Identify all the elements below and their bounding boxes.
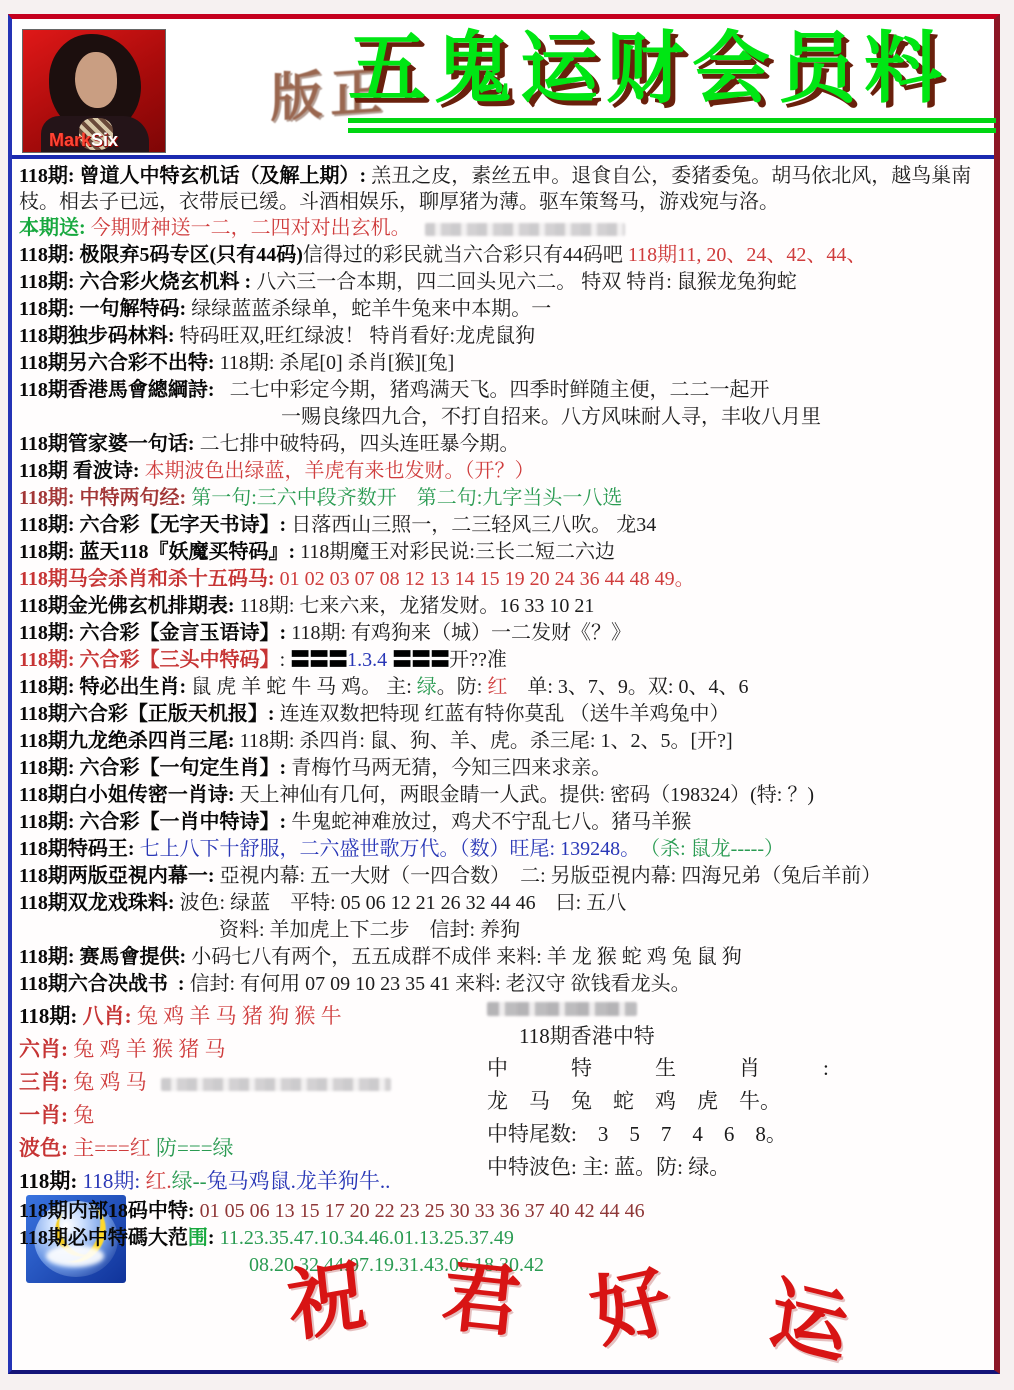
tip-segment: 01 02 03 07 08 12 13 14 15 19 20 24 36 4… xyxy=(280,568,695,590)
tip-line: 一赐良缘四九合，不打自招来。八方风味耐人寻，丰收八月里 xyxy=(19,404,990,431)
tip-segment: 信得过的彩民就当六合彩只有44码吧 xyxy=(303,244,628,266)
smudged-text xyxy=(425,223,625,236)
mark-six-caption: MarkSix xyxy=(49,130,118,151)
two-column-zone: 118期: 八肖: 兔 鸡 羊 马 猪 狗 猴 牛六肖: 兔 鸡 羊 猴 猪 马… xyxy=(19,1000,990,1198)
tip-line: 118期: 中特两句经: 第一句:三六中段齐数开 第二句:九字当头一八选 xyxy=(19,485,990,512)
tip-sheet-content: 118期: 曾道人中特玄机话（及解上期）: 羔丑之皮，素丝五申。退食自公，委猪委… xyxy=(12,159,994,1347)
tip-segment: 鼠 虎 羊 蛇 牛 马 鸡。 主: xyxy=(191,676,417,698)
tip-segment: 118期: 中特两句经: xyxy=(19,487,191,509)
tip-line: 118期: 特必出生肖: 鼠 虎 羊 蛇 牛 马 鸡。 主: 绿。防: 红 单:… xyxy=(19,674,990,701)
tip-segment: 兔 鸡 羊 马 猪 狗 猴 牛 xyxy=(137,1004,342,1028)
tip-segment: 主===红 xyxy=(73,1136,156,1160)
tip-line: 118期: 六合彩【无字天书诗】: 日落西山三照一，二三轻风三八吹。 龙34 xyxy=(19,512,990,539)
tip-segment: 118期: xyxy=(83,1169,146,1193)
tip-segment: 118期香港馬會總綱詩: xyxy=(19,379,220,401)
tip-segment: 118期: 七来六来，龙猪发财。16 33 10 21 xyxy=(240,595,595,617)
tip-line: 118期两版亞視内幕一: 亞視内幕: 五一大财（一四合数） 二: 另版亞視内幕:… xyxy=(19,863,990,890)
tip-segment: 一赐良缘四九合，不打自招来。八方风味耐人寻，丰收八月里 xyxy=(281,406,821,428)
tip-segment: 第一句:三六中段齐数开 第二句:九字当头一八选 xyxy=(191,487,622,509)
tip-segment: 六肖: xyxy=(19,1037,73,1061)
blessing-char: 君 xyxy=(437,1233,526,1353)
hk-zhongte-panel: 118期香港中特 中 特 生 肖 : 龙 马 兔 蛇 鸡 虎 牛。 中特尾数: … xyxy=(481,1000,990,1198)
tip-segment: 天上神仙有几何，两眼金睛一人武。提供: 密码（198324）(特: ？) xyxy=(240,784,814,806)
tip-segment: 连连双数把特现 红蓝有特你莫乱 （送牛羊鸡兔中） xyxy=(280,703,730,725)
tip-line: 118期: 六合彩【一句定生肖】: 青梅竹马两无猜，今知三四来求亲。 xyxy=(19,755,990,782)
masthead-photo: MarkSix xyxy=(22,29,166,153)
tip-segment: 三肖: xyxy=(19,1070,73,1094)
tip-segment: 118期另六合彩不出特: xyxy=(19,352,220,374)
tip-line: 118期: 118期: 红.绿--兔马鸡鼠.龙羊狗牛.. xyxy=(19,1165,481,1198)
tip-segment: 118期11, 20、24、42、44、 xyxy=(628,244,867,266)
title-underline-2 xyxy=(348,128,996,133)
tip-segment: 兔马鸡鼠.龙羊狗牛.. xyxy=(207,1169,391,1193)
tip-line: 118期白小姐传密一肖诗: 天上神仙有几何，两眼金睛一人武。提供: 密码（198… xyxy=(19,782,990,809)
photo-face-shape xyxy=(75,52,117,108)
tip-segment: 二七排中破特码，四头连旺暴今期。 xyxy=(200,433,520,455)
tip-segment: 118期独步码林料: xyxy=(19,325,180,347)
tip-segment: 二七中彩定今期，猪鸡满天飞。四季时鲜随主便，二二一起开 xyxy=(220,379,770,401)
tip-segment: 特码旺双,旺红绿波！ 特肖看好:龙虎鼠狗 xyxy=(180,325,536,347)
tip-segment: 绿-- xyxy=(172,1169,207,1193)
tip-line: 118期香港馬會總綱詩: 二七中彩定今期，猪鸡满天飞。四季时鲜随主便，二二一起开 xyxy=(19,377,990,404)
mark-six-caption-mark: Mark xyxy=(49,130,91,150)
tip-line: 118期: 蓝天118『妖魔买特码』: 118期魔王对彩民说:三长二短二六边 xyxy=(19,539,990,566)
tip-segment: 118期马会杀肖和杀十五码马: xyxy=(19,568,280,590)
tip-segment: 信封: 有何用 07 09 10 23 35 41 来料: 老汉守 欲钱看龙头。 xyxy=(190,973,691,995)
hk-panel-title: 118期香港中特 xyxy=(481,1020,990,1052)
tip-line: 六肖: 兔 鸡 羊 猴 猪 马 xyxy=(19,1033,481,1066)
tip-segment: 118期: 六合彩【一句定生肖】: xyxy=(19,757,291,779)
tip-segment: 118期六合彩【正版天机报】: xyxy=(19,703,280,725)
tip-line: 118期双龙戏珠料: 波色: 绿蓝 平特: 05 06 12 21 26 32 … xyxy=(19,890,990,917)
tip-line: 本期送: 今期财神送一二，二四对对出玄机。 xyxy=(19,215,990,242)
tip-line: 资料: 羊加虎上下二步 信封: 养狗 xyxy=(19,917,990,944)
hk-panel-header-row: 中 特 生 肖 : xyxy=(481,1052,990,1085)
tip-segment: 八肖: xyxy=(83,1004,137,1028)
tip-line: 118期管家婆一句话: 二七排中破特码，四头连旺暴今期。 xyxy=(19,431,990,458)
tip-segment: 118期: 六合彩【无字天书诗】: xyxy=(19,514,291,536)
tip-line: 118期: 曾道人中特玄机话（及解上期）: 羔丑之皮，素丝五申。退食自公，委猪委… xyxy=(19,163,990,215)
tip-segment: 118期: 杀尾[0] 杀肖[猴][兔] xyxy=(220,352,455,374)
tip-line: 118期: 六合彩【金言玉语诗】: 118期: 有鸡狗来（城）一二发财《？》 xyxy=(19,620,990,647)
tip-line: 118期特码王: 七上八下十舒服，二六盛世歌万代。（数）旺尾: 139248。 … xyxy=(19,836,990,863)
tip-segment: 红. xyxy=(145,1169,171,1193)
mark-six-caption-six: Six xyxy=(91,130,118,150)
smudged-text xyxy=(487,1002,637,1016)
tip-line: 118期: 六合彩火烧玄机料 : 八六三一合本期，四二回头见六二。 特双 特肖:… xyxy=(19,269,990,296)
hk-panel-tail-row: 中特尾数: 3 5 7 4 6 8。 xyxy=(481,1118,990,1151)
tip-segment: 118期: 六合彩【金言玉语诗】: xyxy=(19,622,291,644)
tip-segment: 118期: 蓝天118『妖魔买特码』: xyxy=(19,541,300,563)
tip-segment: 兔 鸡 羊 猴 猪 马 xyxy=(73,1037,225,1061)
tip-segment: 118期管家婆一句话: xyxy=(19,433,200,455)
tip-segment: 118期九龙绝杀四肖三尾: xyxy=(19,730,240,752)
tip-segment: 七上八下十舒服，二六盛世歌万代。（数）旺尾: 139248。 xyxy=(140,838,651,860)
tip-segment: 绿绿蓝蓝杀绿单，蛇羊牛兔来中本期。一 xyxy=(191,298,551,320)
tip-line: 118期内部18码中特: 01 05 06 13 15 17 20 22 23 … xyxy=(19,1198,990,1225)
tip-segment: 青梅竹马两无猜，今知三四来求亲。 xyxy=(291,757,611,779)
tip-segment: 小码七八有两个，五五成群不成伴 来料: 羊 龙 猴 蛇 鸡 兔 鼠 狗 xyxy=(191,946,742,968)
tip-segment: 八六三一合本期，四二回头见六二。 特双 特肖: 鼠猴龙兔狗蛇 xyxy=(256,271,797,293)
title-underline-1 xyxy=(348,118,996,123)
tip-segment: 118期: 特必出生肖: xyxy=(19,676,191,698)
page-title: 五鬼运财会员料 xyxy=(348,25,996,113)
tip-line: 118期金光佛玄机排期表: 118期: 七来六来，龙猪发财。16 33 10 2… xyxy=(19,593,990,620)
tip-sheet-frame: MarkSix 正版 五鬼运财会员料 118期: 曾道人中特玄机话（及解上期）:… xyxy=(8,14,1000,1374)
tip-segment: 01 05 06 13 15 17 20 22 23 25 30 33 36 3… xyxy=(200,1200,645,1222)
tip-line: 118期: 极限弃5码专区(只有44码)信得过的彩民就当六合彩只有44码吧 11… xyxy=(19,242,990,269)
zodiac-left-column: 118期: 八肖: 兔 鸡 羊 马 猪 狗 猴 牛六肖: 兔 鸡 羊 猴 猪 马… xyxy=(19,1000,481,1198)
tip-segment: : xyxy=(280,649,291,671)
tip-segment: 防===绿 xyxy=(156,1136,234,1160)
tip-segment: 118期: 杀四肖: 鼠、狗、羊、虎。杀三尾: 1、2、5。[开?] xyxy=(240,730,733,752)
tip-segment: 红 xyxy=(487,676,507,698)
tip-segment: 118期 看波诗: xyxy=(19,460,145,482)
tip-segment: 1.3.4 xyxy=(347,649,392,671)
tip-segment: 〓〓〓 xyxy=(392,649,449,671)
tip-segment: 本期波色出绿蓝，羊虎有来也发财。（开？） xyxy=(145,460,535,482)
tip-segment: 118期: xyxy=(19,1004,83,1028)
tip-segment: 118期: 六合彩火烧玄机料 : xyxy=(19,271,256,293)
tip-segment: 118期两版亞視内幕一: xyxy=(19,865,220,887)
five-ghosts-tip-sheet-page: MarkSix 正版 五鬼运财会员料 118期: 曾道人中特玄机话（及解上期）:… xyxy=(0,0,1014,1390)
blessing-char: 好 xyxy=(576,1239,683,1363)
tip-segment: 开??准 xyxy=(449,649,507,671)
tip-segment: 118期六合决战书 : xyxy=(19,973,190,995)
smudged-text xyxy=(161,1078,391,1091)
title-box: 五鬼运财会员料 xyxy=(348,25,996,133)
tip-segment: 118期白小姐传密一肖诗: xyxy=(19,784,240,806)
tip-segment: 一肖: xyxy=(19,1103,73,1127)
tip-segment: 118期: 极限弃5码专区(只有44码) xyxy=(19,244,303,266)
tip-segment: 118期: 有鸡狗来（城）一二发财《？》 xyxy=(291,622,631,644)
tip-line: 118期另六合彩不出特: 118期: 杀尾[0] 杀肖[猴][兔] xyxy=(19,350,990,377)
tip-segment: 牛鬼蛇神难放过，鸡犬不宁乱七八。猪马羊猴 xyxy=(291,811,691,833)
tip-line: 118期: 六合彩【一肖中特诗】: 牛鬼蛇神难放过，鸡犬不宁乱七八。猪马羊猴 xyxy=(19,809,990,836)
hk-panel-zodiac-row: 龙 马 兔 蛇 鸡 虎 牛。 xyxy=(481,1085,990,1118)
tip-segment: 波色: 绿蓝 平特: 05 06 12 21 26 32 44 46 曰: 五八 xyxy=(180,892,627,914)
tip-segment: 118期金光佛玄机排期表: xyxy=(19,595,240,617)
masthead: MarkSix 正版 五鬼运财会员料 xyxy=(12,19,994,159)
tip-line: 118期六合彩【正版天机报】: 连连双数把特现 红蓝有特你莫乱 （送牛羊鸡兔中） xyxy=(19,701,990,728)
tip-segment: 绿 xyxy=(417,676,437,698)
tip-segment: 118期双龙戏珠料: xyxy=(19,892,180,914)
hk-panel-wave-row: 中特波色: 主: 蓝。防: 绿。 xyxy=(481,1151,990,1184)
tip-line: 波色: 主===红 防===绿 xyxy=(19,1132,481,1165)
tip-line: 118期: 赛馬會提供: 小码七八有两个，五五成群不成伴 来料: 羊 龙 猴 蛇… xyxy=(19,944,990,971)
tips-list: 118期: 曾道人中特玄机话（及解上期）: 羔丑之皮，素丝五申。退食自公，委猪委… xyxy=(19,163,990,998)
tip-line: 118期 看波诗: 本期波色出绿蓝，羊虎有来也发财。（开？） xyxy=(19,458,990,485)
tip-line: 三肖: 兔 鸡 马 xyxy=(19,1066,481,1099)
tip-line: 118期独步码林料: 特码旺双,旺红绿波！ 特肖看好:龙虎鼠狗 xyxy=(19,323,990,350)
tip-line: 118期: 八肖: 兔 鸡 羊 马 猪 狗 猴 牛 xyxy=(19,1000,481,1033)
tip-segment: 〓〓〓 xyxy=(290,649,347,671)
tip-segment: 兔 鸡 马 xyxy=(73,1070,147,1094)
tip-segment: 118期: 六合彩【一肖中特诗】: xyxy=(19,811,291,833)
tip-line: 118期六合决战书 : 信封: 有何用 07 09 10 23 35 41 来料… xyxy=(19,971,990,998)
tip-segment: 118期: 一句解特码: xyxy=(19,298,191,320)
blessing-char: 祝 xyxy=(282,1232,371,1357)
tip-segment: 。防: xyxy=(437,676,488,698)
tip-line: 118期马会杀肖和杀十五码马: 01 02 03 07 08 12 13 14 … xyxy=(19,566,990,593)
tip-line: 118期: 六合彩【三头中特码】: 〓〓〓1.3.4 〓〓〓开??准 xyxy=(19,647,990,674)
tip-segment: 118期魔王对彩民说:三长二短二六边 xyxy=(300,541,615,563)
tip-line: 一肖: 兔 xyxy=(19,1099,481,1132)
tip-segment: 波色: xyxy=(19,1136,73,1160)
tip-segment: （杀: 鼠龙-----） xyxy=(650,838,784,860)
tip-segment: 单: 3、7、9。双: 0、4、6 xyxy=(507,676,748,698)
tip-line: 118期九龙绝杀四肖三尾: 118期: 杀四肖: 鼠、狗、羊、虎。杀三尾: 1、… xyxy=(19,728,990,755)
tip-segment: 亞視内幕: 五一大财（一四合数） 二: 另版亞視内幕: 四海兄弟（兔后羊前） xyxy=(220,865,882,887)
blessing-banner: 祝君好运 xyxy=(19,1237,990,1347)
tip-segment: 118期: xyxy=(19,1169,83,1193)
tip-segment: 兔 xyxy=(73,1103,94,1127)
tip-segment: 日落西山三照一，二三轻风三八吹。 龙34 xyxy=(291,514,656,536)
tip-segment: 资料: 羊加虎上下二步 信封: 养狗 xyxy=(219,919,520,941)
tip-segment: 118期特码王: xyxy=(19,838,140,860)
blessing-char: 运 xyxy=(764,1250,855,1380)
tip-segment: 118期: 赛馬會提供: xyxy=(19,946,191,968)
tip-segment: 本期送: xyxy=(19,217,91,239)
tip-segment: 118期内部18码中特: xyxy=(19,1200,200,1222)
tip-segment: 118期: 六合彩【三头中特码】 xyxy=(19,649,280,671)
tip-segment: 今期财神送一二，二四对对出玄机。 xyxy=(91,217,411,239)
tip-line: 118期: 一句解特码: 绿绿蓝蓝杀绿单，蛇羊牛兔来中本期。一 xyxy=(19,296,990,323)
tip-segment: 118期: 曾道人中特玄机话（及解上期）: xyxy=(19,165,371,187)
